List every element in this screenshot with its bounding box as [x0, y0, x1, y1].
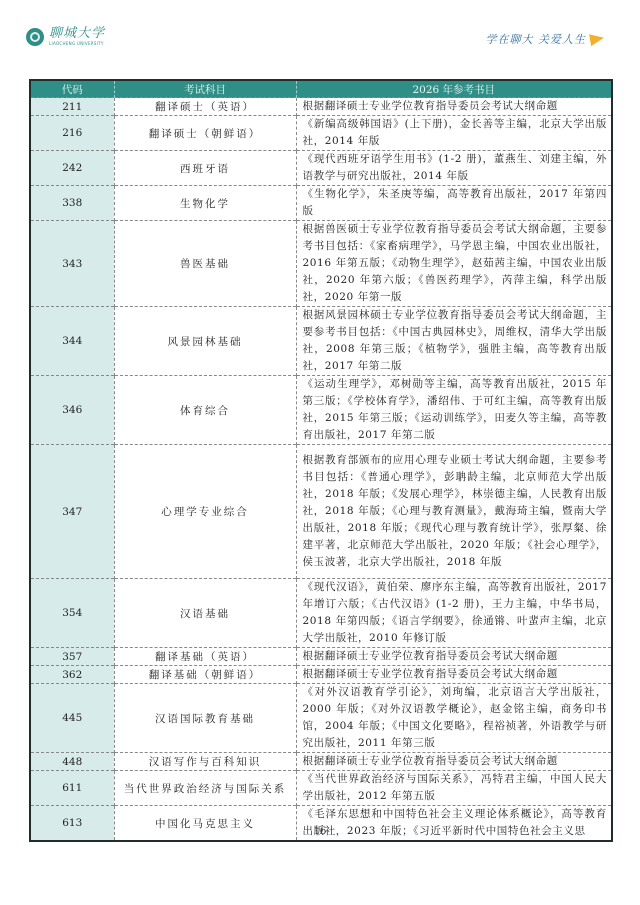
code-cell: 344 — [30, 307, 114, 376]
subject-cell: 翻译硕士（英语） — [114, 98, 296, 116]
university-logo: 聊城大学 LIAOCHENG UNIVERSITY — [26, 27, 105, 46]
subject-cell: 兽医基础 — [114, 221, 296, 307]
logo-english-name: LIAOCHENG UNIVERSITY — [49, 42, 105, 46]
table-row: 354汉语基础《现代汉语》，黄伯荣、廖序东主编，高等教育出版社，2017 年增订… — [30, 579, 612, 648]
table-row: 611当代世界政治经济与国际关系《当代世界政治经济与国际关系》，冯特君主编，中国… — [30, 771, 612, 806]
table-row: 216翻译硕士（朝鲜语）《新编高级韩国语》(上下册)，金长善等主编，北京大学出版… — [30, 116, 612, 151]
column-header-subject: 考试科目 — [114, 80, 296, 98]
reference-books-cell: 《当代世界政治经济与国际关系》，冯特君主编，中国人民大学出版社，2012 年第五… — [296, 771, 612, 806]
table-row: 242西班牙语《现代西班牙语学生用书》(1-2 册)，董燕生、刘建主编，外语教学… — [30, 151, 612, 186]
table-row: 445汉语国际教育基础《对外汉语教育学引论》，刘珣编，北京语言大学出版社，200… — [30, 684, 612, 753]
table-row: 344风景园林基础根据风景园林硕士专业学位教育指导委员会考试大纲命题，主要参考书… — [30, 307, 612, 376]
code-cell: 343 — [30, 221, 114, 307]
subject-cell: 心理学专业综合 — [114, 445, 296, 579]
reference-books-cell: 《现代西班牙语学生用书》(1-2 册)，董燕生、刘建主编，外语教学与研究出版社，… — [296, 151, 612, 186]
table-row: 357翻译基础（英语）根据翻译硕士专业学位教育指导委员会考试大纲命题 — [30, 648, 612, 666]
page-number: 16 — [0, 826, 640, 837]
table-row: 346体育综合《运动生理学》，邓树勋等主编，高等教育出版社，2015 年第三版；… — [30, 376, 612, 445]
subject-cell: 风景园林基础 — [114, 307, 296, 376]
reference-books-cell: 根据翻译硕士专业学位教育指导委员会考试大纲命题 — [296, 753, 612, 771]
table-row: 448汉语写作与百科知识根据翻译硕士专业学位教育指导委员会考试大纲命题 — [30, 753, 612, 771]
reference-books-table: 代码 考试科目 2026 年参考书目 211翻译硕士（英语）根据翻译硕士专业学位… — [29, 79, 613, 842]
code-cell: 362 — [30, 666, 114, 684]
reference-books-cell: 《新编高级韩国语》(上下册)，金长善等主编，北京大学出版社，2014 年版 — [296, 116, 612, 151]
logo-emblem-icon — [26, 28, 44, 46]
subject-cell: 汉语基础 — [114, 579, 296, 648]
table-row: 343兽医基础根据兽医硕士专业学位教育指导委员会考试大纲命题，主要参考书目包括：… — [30, 221, 612, 307]
reference-books-cell: 根据翻译硕士专业学位教育指导委员会考试大纲命题 — [296, 666, 612, 684]
subject-cell: 生物化学 — [114, 186, 296, 221]
column-header-books: 2026 年参考书目 — [296, 80, 612, 98]
column-header-code: 代码 — [30, 80, 114, 98]
code-cell: 211 — [30, 98, 114, 116]
subject-cell: 体育综合 — [114, 376, 296, 445]
reference-books-cell: 根据兽医硕士专业学位教育指导委员会考试大纲命题，主要参考书目包括：《家畜病理学》… — [296, 221, 612, 307]
code-cell: 611 — [30, 771, 114, 806]
code-cell: 448 — [30, 753, 114, 771]
code-cell: 445 — [30, 684, 114, 753]
paper-plane-icon — [589, 32, 605, 46]
reference-books-cell: 根据翻译硕士专业学位教育指导委员会考试大纲命题 — [296, 98, 612, 116]
code-cell: 338 — [30, 186, 114, 221]
reference-books-cell: 根据翻译硕士专业学位教育指导委员会考试大纲命题 — [296, 648, 612, 666]
code-cell: 354 — [30, 579, 114, 648]
reference-books-cell: 《运动生理学》，邓树勋等主编，高等教育出版社，2015 年第三版；《学校体育学》… — [296, 376, 612, 445]
subject-cell: 西班牙语 — [114, 151, 296, 186]
subject-cell: 汉语国际教育基础 — [114, 684, 296, 753]
logo-chinese-name: 聊城大学 — [49, 27, 105, 40]
subject-cell: 翻译基础（英语） — [114, 648, 296, 666]
code-cell: 347 — [30, 445, 114, 579]
table-row: 338生物化学《生物化学》，朱圣庚等编，高等教育出版社，2017 年第四版 — [30, 186, 612, 221]
code-cell: 242 — [30, 151, 114, 186]
code-cell: 216 — [30, 116, 114, 151]
reference-books-cell: 《现代汉语》，黄伯荣、廖序东主编，高等教育出版社，2017 年增订六版；《古代汉… — [296, 579, 612, 648]
table-row: 347心理学专业综合根据教育部颁布的应用心理专业硕士考试大纲命题，主要参考书目包… — [30, 445, 612, 579]
subject-cell: 汉语写作与百科知识 — [114, 753, 296, 771]
subject-cell: 当代世界政治经济与国际关系 — [114, 771, 296, 806]
reference-books-cell: 根据风景园林硕士专业学位教育指导委员会考试大纲命题，主要参考书目包括：《中国古典… — [296, 307, 612, 376]
reference-books-cell: 《生物化学》，朱圣庚等编，高等教育出版社，2017 年第四版 — [296, 186, 612, 221]
code-cell: 346 — [30, 376, 114, 445]
subject-cell: 翻译基础（朝鲜语） — [114, 666, 296, 684]
table-row: 211翻译硕士（英语）根据翻译硕士专业学位教育指导委员会考试大纲命题 — [30, 98, 612, 116]
reference-books-cell: 根据教育部颁布的应用心理专业硕士考试大纲命题，主要参考书目包括：《普通心理学》，… — [296, 445, 612, 579]
code-cell: 357 — [30, 648, 114, 666]
slogan-text: 学在聊大 关爱人生 — [486, 31, 587, 47]
table-row: 362翻译基础（朝鲜语）根据翻译硕士专业学位教育指导委员会考试大纲命题 — [30, 666, 612, 684]
reference-books-cell: 《对外汉语教育学引论》，刘珣编，北京语言大学出版社，2000 年版；《对外汉语教… — [296, 684, 612, 753]
page-header: 聊城大学 LIAOCHENG UNIVERSITY 学在聊大 关爱人生 — [0, 0, 640, 70]
subject-cell: 翻译硕士（朝鲜语） — [114, 116, 296, 151]
slogan: 学在聊大 关爱人生 — [486, 31, 605, 47]
table-header-row: 代码 考试科目 2026 年参考书目 — [30, 80, 612, 98]
